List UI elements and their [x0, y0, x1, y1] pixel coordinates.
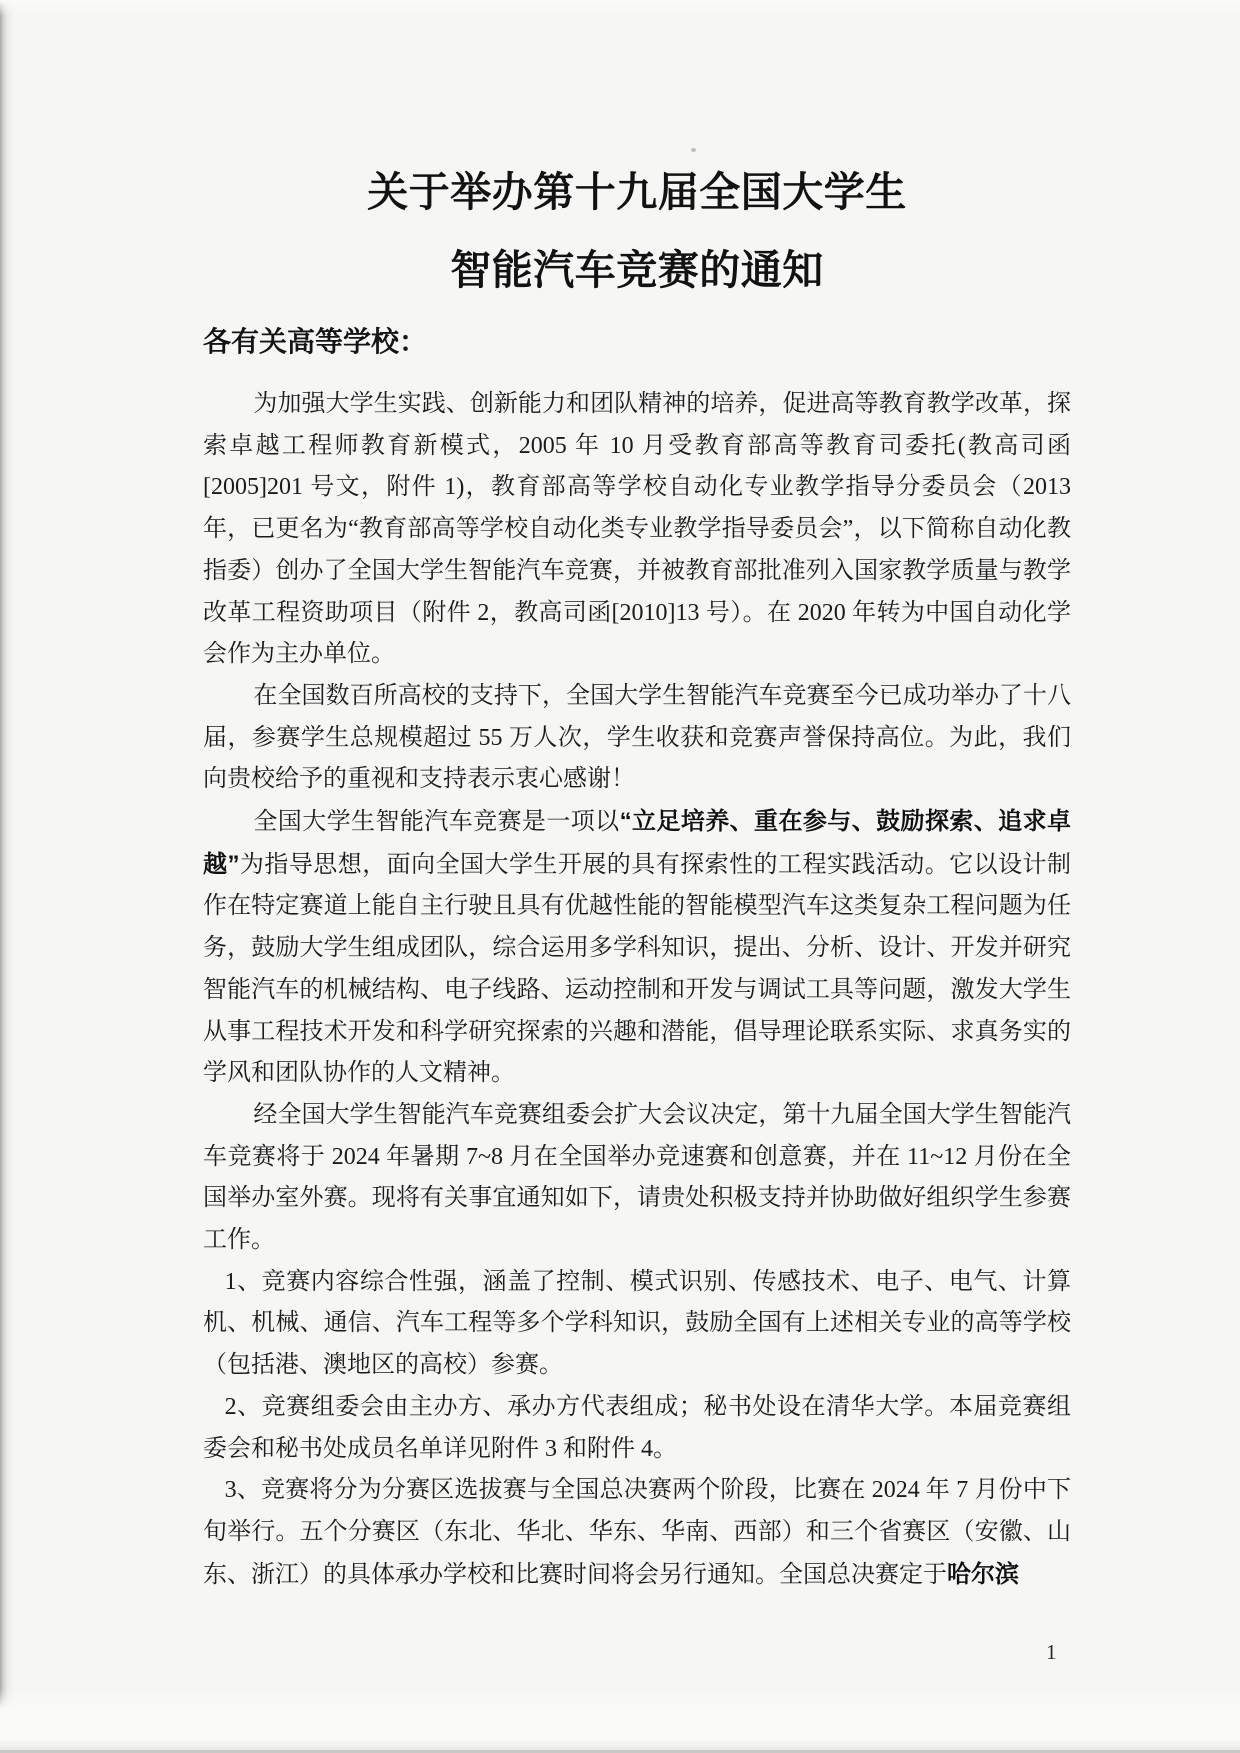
paragraph: 在全国数百所高校的支持下，全国大学生智能汽车竞赛至今已成功举办了十八届，参赛学生… — [203, 676, 1071, 801]
text-run: 为加强大学生实践、创新能力和团队精神的培养，促进高等教育教学改革，探索卓越工程师… — [203, 391, 1071, 667]
text-run: 在全国数百所高校的支持下，全国大学生智能汽车竞赛至今已成功举办了十八届，参赛学生… — [203, 683, 1071, 792]
text-run: 全国大学生智能汽车竞赛是一项以 — [253, 809, 619, 835]
emphasis-text-run: 哈尔滨 — [947, 1561, 1019, 1588]
text-run: 3、竞赛将分为分赛区选拔赛与全国总决赛两个阶段，比赛在 2024 年 7 月份中… — [203, 1477, 1071, 1587]
numbered-item: 2、竞赛组委会由主办方、承办方代表组成；秘书处设在清华大学。本届竞赛组委会和秘书… — [203, 1387, 1071, 1470]
paragraph: 为加强大学生实践、创新能力和团队精神的培养，促进高等教育教学改革，探索卓越工程师… — [203, 384, 1071, 676]
salutation: 各有关高等学校： — [203, 320, 427, 364]
scanned-notice-page: 关于举办第十九届全国大学生 智能汽车竞赛的通知 各有关高等学校： 为加强大学生实… — [0, 0, 1240, 1753]
page-number: 1 — [1046, 1637, 1057, 1667]
document-title-line-1: 关于举办第十九届全国大学生 — [367, 169, 907, 215]
numbered-item: 3、竞赛将分为分赛区选拔赛与全国总决赛两个阶段，比赛在 2024 年 7 月份中… — [203, 1470, 1071, 1596]
text-run: 2、竞赛组委会由主办方、承办方代表组成；秘书处设在清华大学。本届竞赛组委会和秘书… — [203, 1394, 1071, 1462]
scan-edge-left — [0, 0, 14, 1753]
numbered-item: 1、竞赛内容综合性强，涵盖了控制、模式识别、传感技术、电子、电气、计算机、机械、… — [203, 1262, 1071, 1387]
scan-edge-bottom — [0, 1689, 1240, 1753]
text-run: 1、竞赛内容综合性强，涵盖了控制、模式识别、传感技术、电子、电气、计算机、机械、… — [203, 1269, 1071, 1378]
paragraph: 经全国大学生智能汽车竞赛组委会扩大会议决定，第十九届全国大学生智能汽车竞赛将于 … — [203, 1095, 1071, 1262]
scan-edge-top — [0, 0, 1240, 16]
text-run: 为指导思想，面向全国大学生开展的具有探索性的工程实践活动。它以设计制作在特定赛道… — [203, 852, 1071, 1087]
scan-speck — [691, 148, 696, 152]
document-body: 为加强大学生实践、创新能力和团队精神的培养，促进高等教育教学改革，探索卓越工程师… — [203, 384, 1071, 1596]
document-title-line-2: 智能汽车竞赛的通知 — [450, 247, 824, 293]
paragraph: 全国大学生智能汽车竞赛是一项以“立足培养、重在参与、鼓励探索、追求卓越”为指导思… — [203, 801, 1071, 1095]
document-title: 关于举办第十九届全国大学生 智能汽车竞赛的通知 — [203, 153, 1071, 309]
text-run: 经全国大学生智能汽车竞赛组委会扩大会议决定，第十九届全国大学生智能汽车竞赛将于 … — [203, 1102, 1071, 1253]
